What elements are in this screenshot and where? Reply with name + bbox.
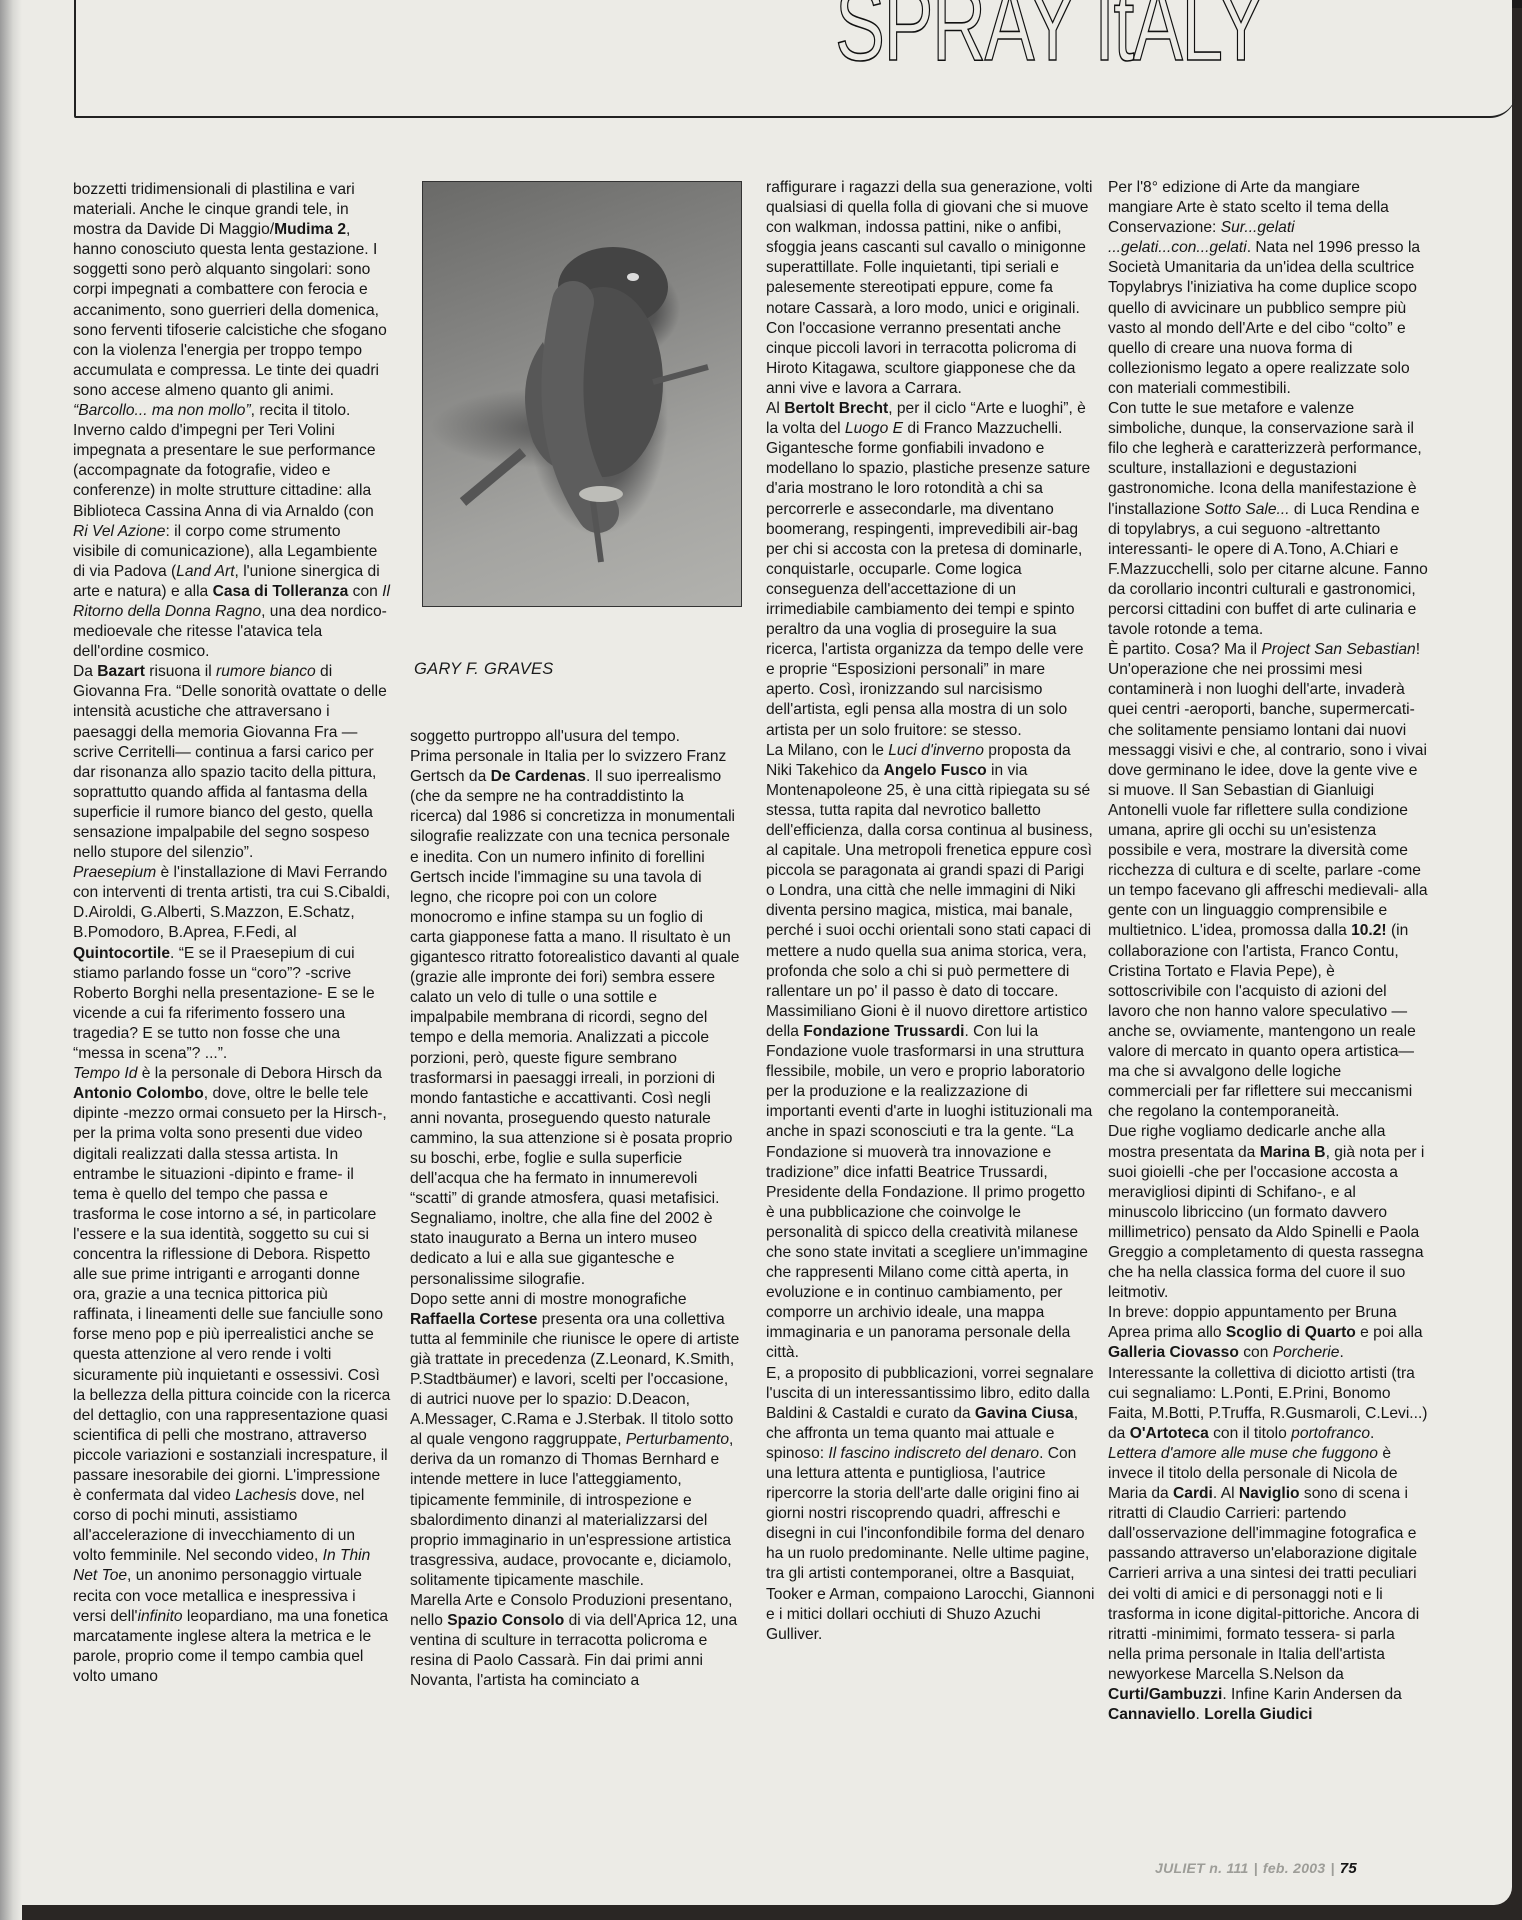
body-text: Da — [73, 663, 97, 680]
artwork-photo — [422, 181, 742, 607]
page-number: 75 — [1340, 1860, 1357, 1877]
body-text: di Giovanna Fra. “Delle sonorità ovattat… — [73, 663, 387, 861]
article-paragraph: Segnaliamo, inoltre, che alla fine del 2… — [410, 1209, 740, 1289]
bold-venue-name: Antonio Colombo — [73, 1085, 204, 1102]
italic-title: infinito — [138, 1608, 183, 1625]
body-text: , hanno conosciuto questa lenta gestazio… — [73, 221, 387, 399]
bold-venue-name: De Cardenas — [491, 768, 586, 785]
bold-venue-name: Fondazione Trussardi — [803, 1023, 964, 1040]
italic-title: rumore bianco — [216, 663, 316, 680]
italic-title: Project San Sebastian — [1261, 641, 1415, 658]
body-text: in via Montenapoleone 25, è una città ri… — [766, 762, 1093, 1000]
body-text: sono di scena i ritratti di Claudio Carr… — [1108, 1485, 1419, 1683]
italic-title: Perturbamento — [626, 1431, 729, 1448]
body-text: . — [1370, 1425, 1374, 1442]
body-text: È partito. Cosa? Ma il — [1108, 641, 1261, 658]
body-text: . Con una lettura attenta e puntigliosa,… — [766, 1445, 1095, 1643]
article-paragraph: Per l'8° edizione di Arte da mangiare ma… — [1108, 178, 1428, 399]
bold-venue-name: Cardi — [1173, 1485, 1213, 1502]
issue-date: feb. 2003 — [1263, 1860, 1326, 1876]
bold-venue-name: Galleria Ciovasso — [1108, 1344, 1239, 1361]
article-paragraph: E, a proposito di pubblicazioni, vorrei … — [766, 1364, 1096, 1645]
bold-venue-name: Marina B — [1260, 1144, 1326, 1161]
italic-title: Luci d'inverno — [888, 742, 984, 759]
bold-venue-name: Casa di Tolleranza — [213, 583, 349, 600]
bold-venue-name: Mudima 2 — [274, 221, 346, 238]
column-3: raffigurare i ragazzi della sua generazi… — [766, 178, 1096, 1645]
body-text: . Con lui la Fondazione vuole trasformar… — [766, 1023, 1092, 1362]
bold-venue-name: Lorella Giudici — [1204, 1706, 1312, 1723]
body-text: Dopo sette anni di mostre monografiche — [410, 1291, 687, 1308]
article-paragraph: Tempo Id è la personale di Debora Hirsch… — [73, 1064, 391, 1687]
binding-gutter — [0, 0, 22, 1920]
body-text: Al — [766, 400, 784, 417]
body-text: . Al — [1213, 1485, 1239, 1502]
body-text: di Luca Rendina e di topylabrys, a cui s… — [1108, 501, 1428, 639]
body-text: risuona il — [145, 663, 216, 680]
body-text: (in collaborazione con l'artista, Franco… — [1108, 922, 1416, 1120]
article-paragraph: Con tutte le sue metafore e valenze simb… — [1108, 399, 1428, 640]
magazine-issue: JULIET n. 111 — [1155, 1860, 1249, 1876]
italic-title: Ri Vel Azione — [73, 523, 165, 540]
bold-venue-name: Gavina Ciusa — [975, 1405, 1074, 1422]
sculpture-figure-icon — [423, 182, 741, 606]
body-text: raffigurare i ragazzi della sua generazi… — [766, 179, 1093, 397]
photo-caption: GARY F. GRAVES — [414, 660, 554, 679]
body-text: di Franco Mazzuchelli. Gigantesche forme… — [766, 420, 1090, 738]
body-text: con — [1239, 1344, 1273, 1361]
article-paragraph: bozzetti tridimensionali di plastilina e… — [73, 180, 391, 421]
article-paragraph: Marella Arte e Consolo Produzioni presen… — [410, 1591, 740, 1691]
body-text: è la personale di Debora Hirsch da — [137, 1065, 381, 1082]
body-text: La Milano, con le — [766, 742, 888, 759]
section-title: SPRAY ItALY — [835, 0, 1264, 85]
italic-title: Sotto Sale... — [1205, 501, 1290, 518]
body-text: Inverno caldo d'impegni per Teri Volini … — [73, 422, 376, 519]
article-paragraph: Da Bazart risuona il rumore bianco di Gi… — [73, 662, 391, 863]
bold-venue-name: Raffaella Cortese — [410, 1311, 537, 1328]
bold-venue-name: 10.2! — [1351, 922, 1387, 939]
article-paragraph: Al Bertolt Brecht, per il ciclo “Arte e … — [766, 399, 1096, 741]
italic-title: “Barcollo... ma non mollo” — [73, 402, 251, 419]
article-paragraph: raffigurare i ragazzi della sua generazi… — [766, 178, 1096, 399]
bold-venue-name: Naviglio — [1239, 1485, 1300, 1502]
italic-title: portofranco — [1291, 1425, 1370, 1442]
body-text: ! Un'operazione che nei prossimi mesi co… — [1108, 641, 1428, 939]
article-paragraph: Inverno caldo d'impegni per Teri Volini … — [73, 421, 391, 662]
article-paragraph: Lettera d'amore alle muse che fuggono è … — [1108, 1444, 1428, 1725]
italic-title: Praesepium — [73, 864, 156, 881]
magazine-page: SPRAY ItALY bozzetti tridimensionali di … — [0, 0, 1512, 1905]
body-text: . Nata nel 1996 presso la Società Umanit… — [1108, 239, 1420, 397]
bold-venue-name: Quintocortile — [73, 945, 170, 962]
bold-venue-name: Bazart — [97, 663, 145, 680]
bold-venue-name: Spazio Consolo — [447, 1612, 564, 1629]
italic-title: Lachesis — [235, 1487, 297, 1504]
body-text: , dove, oltre le belle tele dipinte -mez… — [73, 1085, 390, 1504]
page-footer: JULIET n. 111|feb. 2003|75 — [1155, 1860, 1357, 1877]
article-paragraph: La Milano, con le Luci d'inverno propost… — [766, 741, 1096, 1002]
italic-title: Lettera d'amore alle muse che fuggono — [1108, 1445, 1378, 1462]
article-paragraph: Prima personale in Italia per lo svizzer… — [410, 747, 740, 1209]
article-paragraph: soggetto purtroppo all'usura del tempo. — [410, 727, 740, 747]
bold-venue-name: Bertolt Brecht — [784, 400, 888, 417]
body-text: . — [1196, 1706, 1205, 1723]
article-paragraph: È partito. Cosa? Ma il Project San Sebas… — [1108, 640, 1428, 1122]
italic-title: Il fascino indiscreto del denaro — [828, 1445, 1039, 1462]
article-paragraph: Massimiliano Gioni è il nuovo direttore … — [766, 1002, 1096, 1364]
bold-venue-name: Scoglio di Quarto — [1226, 1324, 1356, 1341]
bold-venue-name: Cannaviello — [1108, 1706, 1196, 1723]
italic-title: Luogo E — [845, 420, 903, 437]
body-text: Segnaliamo, inoltre, che alla fine del 2… — [410, 1210, 713, 1287]
body-text: . “E se il Praesepium di cui stiamo parl… — [73, 945, 375, 1062]
body-text: , recita il titolo. — [251, 402, 351, 419]
column-4: Per l'8° edizione di Arte da mangiare ma… — [1108, 178, 1428, 1725]
italic-title: Porcherie — [1273, 1344, 1340, 1361]
header-frame — [74, 0, 1516, 118]
article-paragraph: Due righe vogliamo dedicarle anche alla … — [1108, 1122, 1428, 1303]
body-text: con — [348, 583, 382, 600]
body-text: soggetto purtroppo all'usura del tempo. — [410, 728, 680, 745]
bold-venue-name: O'Artoteca — [1130, 1425, 1209, 1442]
body-text: . Il suo iperrealismo (che da sempre ne … — [410, 768, 739, 1207]
italic-title: Tempo Id — [73, 1065, 137, 1082]
body-text: con il titolo — [1209, 1425, 1291, 1442]
body-text: e poi alla — [1356, 1324, 1423, 1341]
bold-venue-name: Curti/Gambuzzi — [1108, 1686, 1222, 1703]
body-text: . Infine Karin Andersen da — [1222, 1686, 1401, 1703]
body-text: presenta ora una collettiva tutta al fem… — [410, 1311, 739, 1449]
body-text: , deriva da un romanzo di Thomas Bernhar… — [410, 1431, 733, 1589]
italic-title: Land Art — [176, 563, 234, 580]
bold-venue-name: Angelo Fusco — [884, 762, 987, 779]
column-2: soggetto purtroppo all'usura del tempo.P… — [410, 727, 740, 1692]
article-paragraph: Praesepium è l'installazione di Mavi Fer… — [73, 863, 391, 1064]
body-text: , già nota per i suoi gioielli -che per … — [1108, 1144, 1424, 1302]
column-1: bozzetti tridimensionali di plastilina e… — [73, 180, 391, 1687]
article-paragraph: Dopo sette anni di mostre monografiche R… — [410, 1290, 740, 1591]
article-paragraph: In breve: doppio appuntamento per Bruna … — [1108, 1303, 1428, 1444]
